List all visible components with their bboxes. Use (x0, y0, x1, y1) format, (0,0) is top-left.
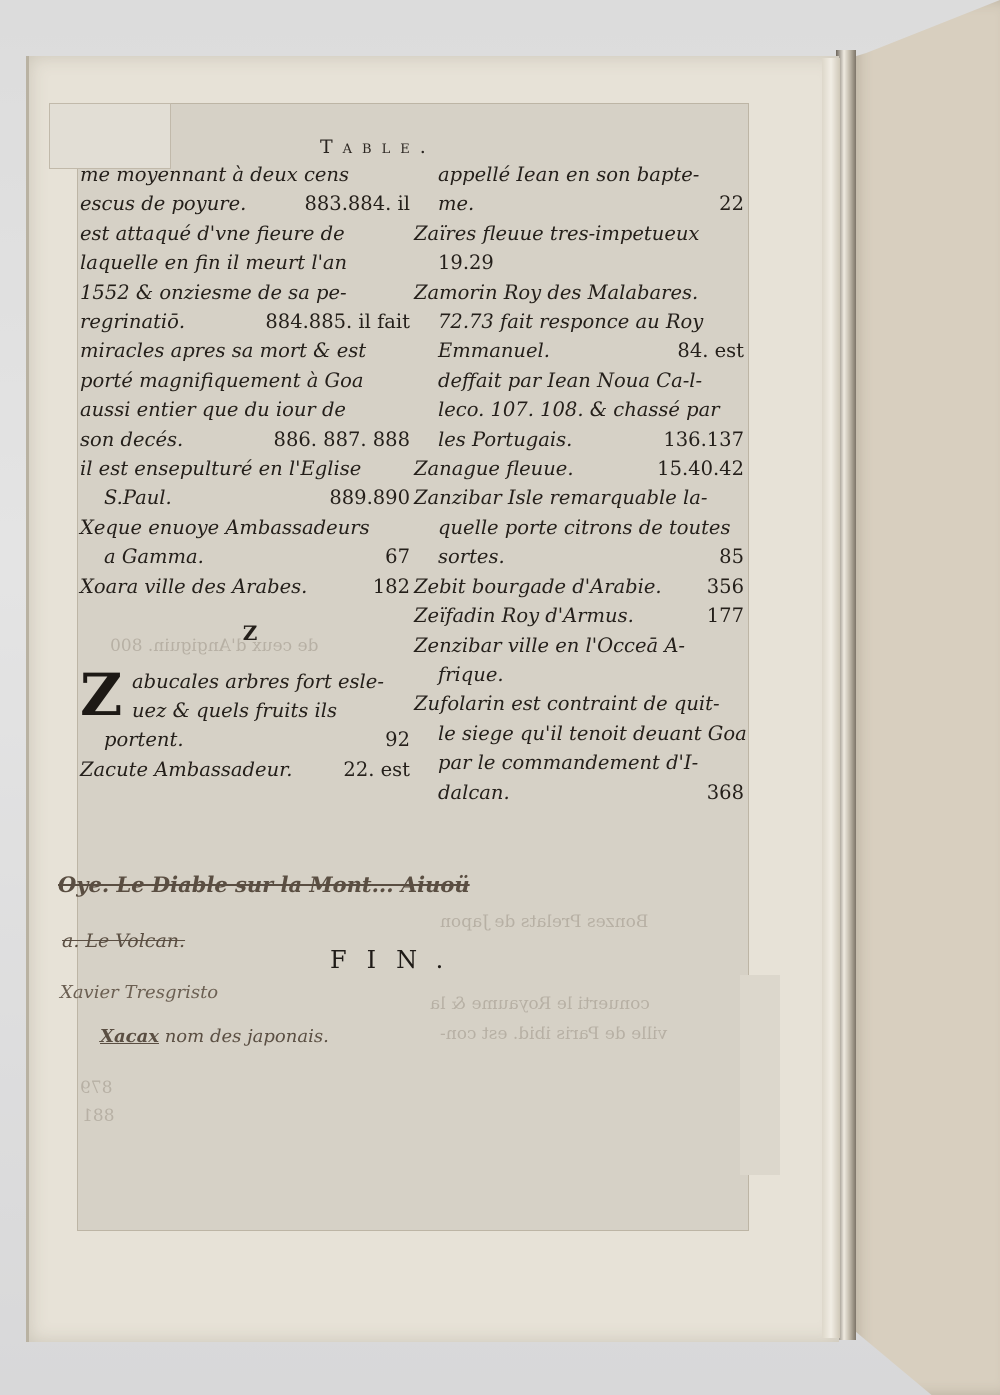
index-line: Zufolarin est contraint de quit- (414, 689, 744, 718)
page-ref: 356 (707, 572, 744, 601)
bleed-through-text: ville de Paris ibid. est con- (440, 1024, 667, 1044)
index-line: me moyennant à deux cens (80, 160, 410, 189)
index-line: porté magnifiquement à Goa (80, 366, 410, 395)
z-section-entries: Z abucales arbres fort esle- uez & quels… (80, 667, 410, 785)
entry-text: 72.73 fait responce au Roy (438, 307, 703, 336)
entry-text: a Gamma. (104, 542, 204, 571)
index-line: portent.92 (80, 725, 410, 754)
index-line: Zaïres fleuue tres-impetueux (414, 219, 744, 248)
bleed-through-text: 879 (80, 1078, 112, 1098)
index-line: a Gamma.67 (80, 542, 410, 571)
index-column-left: me moyennant à deux cens escus de poyure… (80, 160, 410, 784)
entry-text: regrinatiō. (80, 307, 185, 336)
index-line: par le commandement d'I- (414, 748, 744, 777)
entry-text: est attaqué d'vne fieure de (80, 219, 345, 248)
index-line: les Portugais.136.137 (414, 425, 744, 454)
index-line: quelle porte citrons de toutes (414, 513, 744, 542)
paper-repair-patch (50, 104, 170, 168)
entry-text: Xeque enuoye Ambassadeurs (80, 513, 370, 542)
index-line: escus de poyure.883.884. il (80, 189, 410, 218)
entry-text: aussi entier que du iour de (80, 395, 346, 424)
index-line: miracles apres sa mort & est (80, 336, 410, 365)
index-line: Zenzibar ville en l'Occeā A- (414, 631, 744, 660)
entry-text: Zacute Ambassadeur. (80, 755, 293, 784)
index-line: 72.73 fait responce au Roy (414, 307, 744, 336)
section-heading-letter: Z (90, 619, 410, 648)
entry-text: appellé Iean en son bapte- (438, 160, 699, 189)
entry-text: dalcan. (438, 778, 510, 807)
index-line: regrinatiō.884.885. il fait (80, 307, 410, 336)
page-ref: 883.884. il (304, 189, 410, 218)
index-line: il est ensepulturé en l'Eglise (80, 454, 410, 483)
index-line: Emmanuel.84. est (414, 336, 744, 365)
page-ref: 889.890 (329, 483, 410, 512)
index-line: aussi entier que du iour de (80, 395, 410, 424)
index-line: Zanague fleuue.15.40.42 (414, 454, 744, 483)
index-line: sortes.85 (414, 542, 744, 571)
page-edge (822, 58, 840, 1338)
index-line: Zanzibar Isle remarquable la- (414, 483, 744, 512)
index-line: frique. (414, 660, 744, 689)
handwritten-note: a. Le Volcan. (62, 930, 185, 952)
entry-text: laquelle en fin il meurt l'an (80, 248, 347, 277)
book-back-cover (848, 0, 1000, 1395)
entry-text: deffait par Iean Noua Ca-l- (438, 366, 702, 395)
index-line: laquelle en fin il meurt l'an (80, 248, 410, 277)
drop-cap: Z (80, 667, 122, 723)
index-line: Zeïfadin Roy d'Armus.177 (414, 601, 744, 630)
handwritten-word: nom des japonais. (165, 1026, 329, 1047)
index-line: uez & quels fruits ils (80, 696, 410, 725)
entry-text: son decés. (80, 425, 183, 454)
handwritten-note: Oye. Le Diable sur la Mont... Aiuoü (58, 872, 470, 897)
index-line: deffait par Iean Noua Ca-l- (414, 366, 744, 395)
index-line: abucales arbres fort esle- (80, 667, 410, 696)
entry-text: Zanague fleuue. (414, 454, 574, 483)
paper-repair-patch (740, 975, 780, 1175)
entry-text: Zebit bourgade d'Arabie. (414, 572, 662, 601)
index-line: le siege qu'il tenoit deuant Goa (414, 719, 744, 748)
page-ref: 884.885. il fait (265, 307, 410, 336)
index-line: est attaqué d'vne fieure de (80, 219, 410, 248)
entry-text: uez & quels fruits ils (132, 696, 337, 725)
entry-text: Zeïfadin Roy d'Armus. (414, 601, 634, 630)
index-line: me.22 (414, 189, 744, 218)
page-ref: 84. est (677, 336, 744, 365)
entry-text: frique. (438, 660, 504, 689)
bleed-through-text: 881 (82, 1106, 114, 1126)
entry-text: Zenzibar ville en l'Occeā A- (414, 631, 685, 660)
handwritten-underlined-word: Xacax (100, 1026, 159, 1047)
entry-text: porté magnifiquement à Goa (80, 366, 364, 395)
entry-text: 19.29 (438, 248, 494, 277)
entry-text: le siege qu'il tenoit deuant Goa (438, 719, 747, 748)
handwritten-note: Xacax nom des japonais. (100, 1026, 329, 1047)
index-line: son decés.886. 887. 888 (80, 425, 410, 454)
handwritten-note: Xavier Tresgristo (60, 982, 218, 1003)
index-line: leco. 107. 108. & chassé par (414, 395, 744, 424)
index-line: Xeque enuoye Ambassadeurs (80, 513, 410, 542)
entry-text: Xoara ville des Arabes. (80, 572, 307, 601)
index-column-right: appellé Iean en son bapte- me.22 Zaïres … (414, 160, 744, 807)
entry-text: miracles apres sa mort & est (80, 336, 366, 365)
entry-text: par le commandement d'I- (438, 748, 698, 777)
entry-text: S.Paul. (104, 483, 172, 512)
index-line: S.Paul.889.890 (80, 483, 410, 512)
index-line: Xoara ville des Arabes.182 (80, 572, 410, 601)
page-ref: 136.137 (663, 425, 744, 454)
page-ref: 92 (385, 725, 410, 754)
entry-text: Zanzibar Isle remarquable la- (414, 483, 707, 512)
page-ref: 67 (385, 542, 410, 571)
page-ref: 22 (719, 189, 744, 218)
entry-text: me. (438, 189, 474, 218)
entry-text: escus de poyure. (80, 189, 246, 218)
index-line: dalcan.368 (414, 778, 744, 807)
page-ref: 22. est (343, 755, 410, 784)
entry-text: il est ensepulturé en l'Eglise (80, 454, 361, 483)
page-ref: 886. 887. 888 (274, 425, 410, 454)
page-ref: 177 (707, 601, 744, 630)
entry-text: 1552 & onziesme de sa pe- (80, 278, 347, 307)
index-line: 19.29 (414, 248, 744, 277)
page-ref: 15.40.42 (657, 454, 744, 483)
page-ref: 182 (373, 572, 410, 601)
index-line: Zamorin Roy des Malabares. (414, 278, 744, 307)
entry-text: les Portugais. (438, 425, 572, 454)
entry-text: Zaïres fleuue tres-impetueux (414, 219, 699, 248)
entry-text: me moyennant à deux cens (80, 160, 349, 189)
fin-colophon: FIN. (330, 946, 463, 974)
page-ref: 85 (719, 542, 744, 571)
index-line: Zacute Ambassadeur.22. est (80, 755, 410, 784)
entry-text: Emmanuel. (438, 336, 550, 365)
entry-text: portent. (104, 725, 184, 754)
entry-text: sortes. (438, 542, 505, 571)
index-line: appellé Iean en son bapte- (414, 160, 744, 189)
entry-text: abucales arbres fort esle- (132, 667, 384, 696)
entry-text: Zufolarin est contraint de quit- (414, 689, 720, 718)
entry-text: Zamorin Roy des Malabares. (414, 278, 698, 307)
page-header: Table. (320, 136, 500, 158)
index-line: 1552 & onziesme de sa pe- (80, 278, 410, 307)
page-ref: 368 (707, 778, 744, 807)
bleed-through-text: Bonzes Prelats de Japon (440, 912, 648, 932)
index-line: Zebit bourgade d'Arabie.356 (414, 572, 744, 601)
bleed-through-text: conuerti le Royaume & la (430, 994, 650, 1014)
entry-text: leco. 107. 108. & chassé par (438, 395, 720, 424)
entry-text: quelle porte citrons de toutes (438, 513, 730, 542)
